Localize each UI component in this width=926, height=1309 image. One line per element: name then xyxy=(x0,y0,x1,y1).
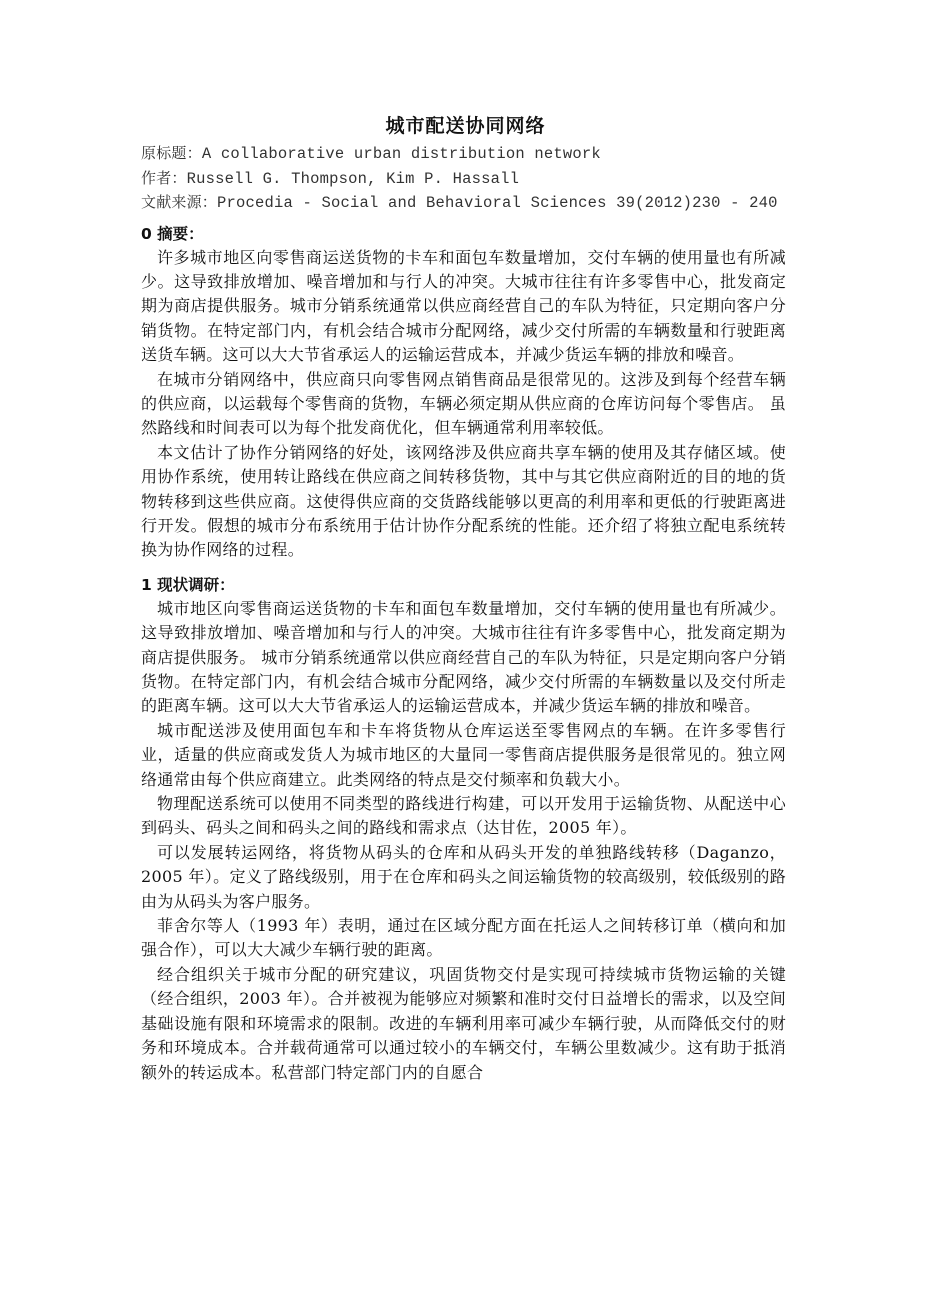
original-title-line: 原标题：A collaborative urban distribution n… xyxy=(141,142,786,167)
section-heading-survey: 1 现状调研： xyxy=(141,573,786,597)
authors-line: 作者：Russell G. Thompson, Kim P. Hassall xyxy=(141,167,786,192)
meta-label: 作者： xyxy=(141,169,187,187)
paragraph: 本文估计了协作分销网络的好处，该网络涉及供应商共享车辆的使用及其存储区域。使用协… xyxy=(141,441,786,563)
paragraph: 许多城市地区向零售商运送货物的卡车和面包车数量增加，交付车辆的使用量也有所减少。… xyxy=(141,246,786,368)
paragraph: 城市地区向零售商运送货物的卡车和面包车数量增加，交付车辆的使用量也有所减少。这导… xyxy=(141,597,786,719)
document-page: 城市配送协同网络 原标题：A collaborative urban distr… xyxy=(141,112,786,1085)
paragraph: 可以发展转运网络，将货物从码头的仓库和从码头开发的单独路线转移（Daganzo，… xyxy=(141,841,786,914)
document-title: 城市配送协同网络 xyxy=(141,112,786,140)
paragraph: 在城市分销网络中，供应商只向零售网点销售商品是很常见的。这涉及到每个经营车辆的供… xyxy=(141,368,786,441)
paragraph: 经合组织关于城市分配的研究建议，巩固货物交付是实现可持续城市货物运输的关键（经合… xyxy=(141,963,786,1085)
paragraph: 菲舍尔等人（1993 年）表明，通过在区域分配方面在托运人之间转移订单（横向和加… xyxy=(141,914,786,963)
authors-value: Russell G. Thompson, Kim P. Hassall xyxy=(187,170,520,188)
source-line: 文献来源：Procedia - Social and Behavioral Sc… xyxy=(141,191,786,216)
original-title-value: A collaborative urban distribution netwo… xyxy=(202,145,601,163)
source-value: Procedia - Social and Behavioral Science… xyxy=(217,194,778,212)
meta-label: 原标题： xyxy=(141,144,202,162)
section-heading-abstract: 0 摘要： xyxy=(141,222,786,246)
paragraph: 城市配送涉及使用面包车和卡车将货物从仓库运送至零售网点的车辆。在许多零售行业，适… xyxy=(141,719,786,792)
meta-label: 文献来源： xyxy=(141,193,217,211)
paragraph: 物理配送系统可以使用不同类型的路线进行构建，可以开发用于运输货物、从配送中心到码… xyxy=(141,792,786,841)
